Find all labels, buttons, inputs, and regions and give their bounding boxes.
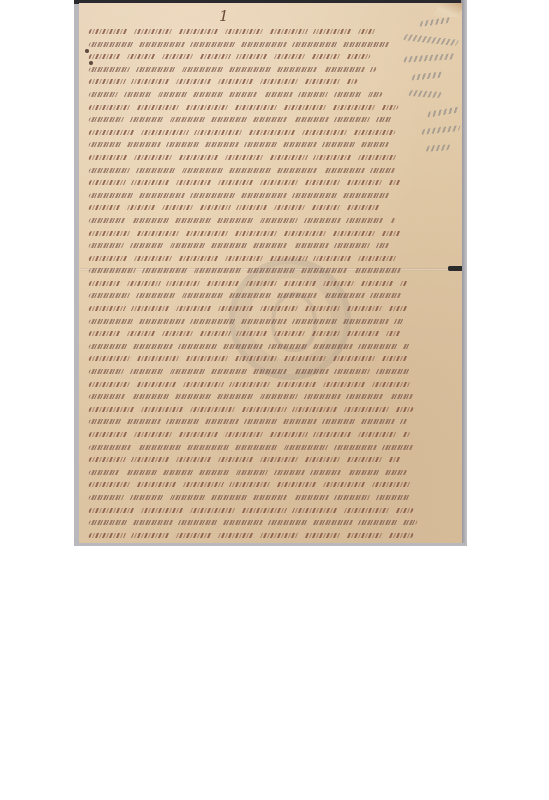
handwritten-line (89, 126, 401, 139)
handwritten-line (89, 201, 401, 214)
handwritten-line (89, 176, 401, 189)
handwritten-line (89, 315, 401, 328)
handwritten-line (89, 227, 401, 240)
pencil-line (421, 125, 461, 135)
handwritten-line (89, 504, 401, 517)
handwritten-line (89, 478, 401, 491)
handwritten-line (89, 327, 401, 340)
pencil-line (403, 53, 455, 62)
handwritten-line (89, 428, 401, 441)
handwritten-line (89, 38, 401, 51)
page-number: 1 (219, 7, 229, 25)
handwritten-line (89, 138, 401, 151)
handwritten-line (89, 453, 401, 466)
handwritten-line (89, 352, 401, 365)
handwritten-line (89, 340, 401, 353)
crease-notch (448, 266, 462, 271)
handwritten-body (89, 25, 401, 541)
handwritten-line (89, 378, 401, 391)
handwritten-line (89, 491, 401, 504)
handwritten-line (89, 151, 401, 164)
handwritten-line (89, 365, 401, 378)
handwritten-line (89, 516, 401, 529)
handwritten-line (89, 529, 401, 542)
handwritten-line (89, 189, 401, 202)
handwritten-line (89, 164, 401, 177)
handwritten-line (89, 75, 401, 88)
handwritten-line (89, 441, 401, 454)
handwritten-line (89, 88, 401, 101)
handwritten-line (89, 390, 401, 403)
pencil-margin-annotation (401, 9, 462, 189)
handwritten-line (89, 466, 401, 479)
handwritten-line (89, 415, 401, 428)
handwritten-line (89, 277, 401, 290)
handwritten-line (89, 289, 401, 302)
pencil-line (419, 17, 450, 27)
handwritten-line (89, 214, 401, 227)
pencil-line (425, 144, 450, 152)
handwritten-line (89, 302, 401, 315)
handwritten-line (89, 113, 401, 126)
pencil-line (408, 90, 442, 98)
pencil-line (411, 71, 444, 80)
handwritten-line (89, 252, 401, 265)
handwritten-line (89, 50, 401, 63)
manuscript-page: 1 (79, 3, 462, 543)
handwritten-line (89, 63, 401, 76)
handwritten-line (89, 264, 401, 277)
pencil-line (403, 34, 459, 46)
pencil-line (427, 106, 461, 117)
handwritten-line (89, 101, 401, 114)
handwritten-line (89, 239, 401, 252)
handwritten-line (89, 403, 401, 416)
handwritten-line (89, 25, 401, 38)
